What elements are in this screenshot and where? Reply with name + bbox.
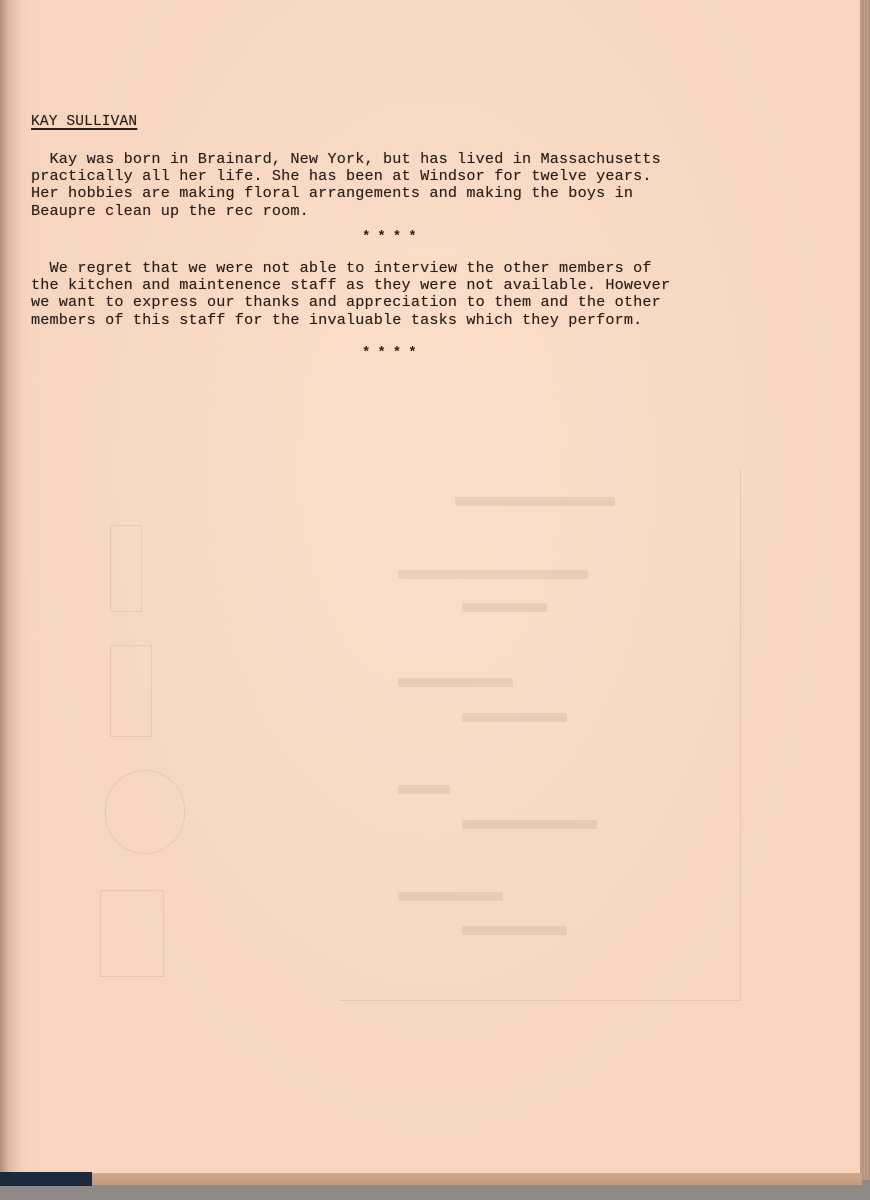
text-line: practically all her life. She has been a… <box>31 168 661 185</box>
scanned-page: KAY SULLIVAN Kay was born in Brainard, N… <box>0 0 870 1200</box>
book-cover-strip <box>0 1172 92 1186</box>
text-line: We regret that we were not able to inter… <box>31 260 670 277</box>
bleed-through-shape <box>110 645 152 737</box>
acknowledgement-paragraph: We regret that we were not able to inter… <box>31 260 670 329</box>
asterisk-separator: **** <box>362 345 424 361</box>
text-line: the kitchen and maintenence staff as the… <box>31 277 670 294</box>
section-heading: KAY SULLIVAN <box>31 114 137 131</box>
asterisk-separator: **** <box>362 229 424 245</box>
bleed-through-frame <box>340 470 741 1001</box>
biography-paragraph: Kay was born in Brainard, New York, but … <box>31 151 661 220</box>
bleed-through-shape <box>100 890 164 977</box>
text-line: Her hobbies are making floral arrangemen… <box>31 185 661 202</box>
page-stack-edge <box>860 0 870 1180</box>
paper-page: KAY SULLIVAN Kay was born in Brainard, N… <box>0 0 862 1173</box>
text-line: we want to express our thanks and apprec… <box>31 294 670 311</box>
text-line: Beaupre clean up the rec room. <box>31 203 661 220</box>
bleed-through-shape <box>110 525 142 612</box>
page-bottom-edge <box>55 1173 862 1185</box>
bleed-through-shape <box>105 770 185 854</box>
text-line: members of this staff for the invaluable… <box>31 312 670 329</box>
text-line: Kay was born in Brainard, New York, but … <box>31 151 661 168</box>
